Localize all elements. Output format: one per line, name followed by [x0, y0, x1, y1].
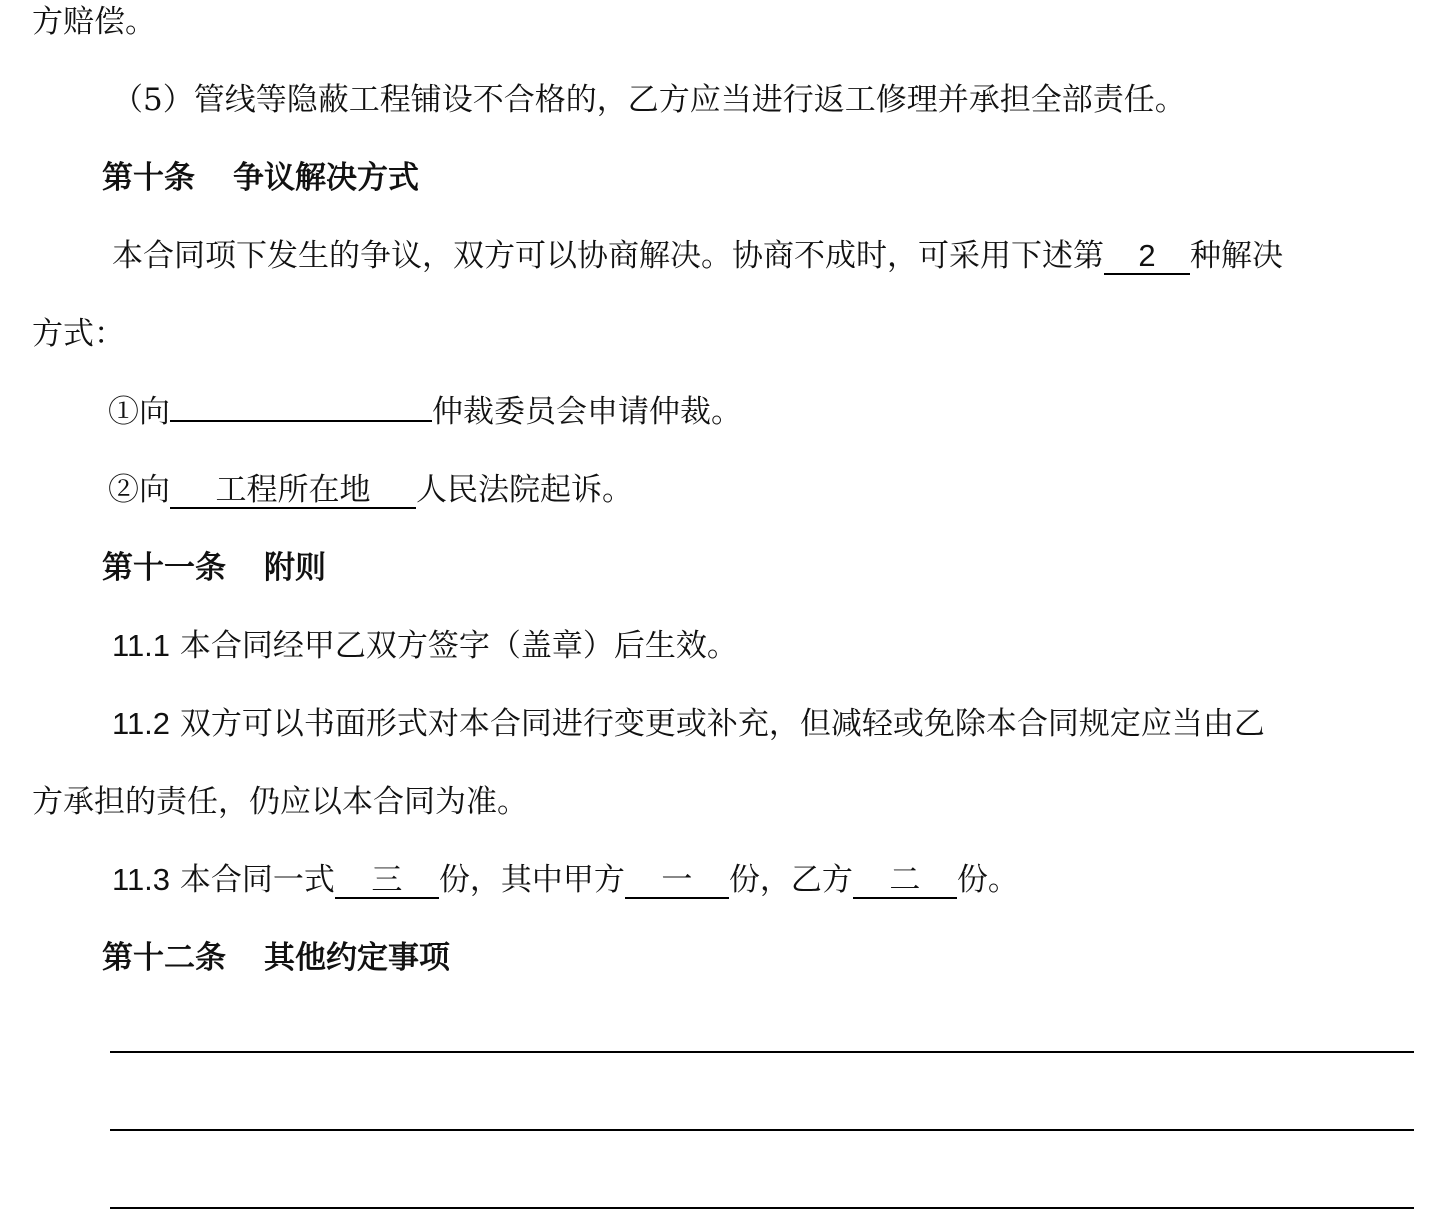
- article-10-heading: 第十条争议解决方式: [102, 158, 419, 198]
- article-number: 第十二条: [102, 940, 226, 976]
- clause-item-5: （5）管线等隐蔽工程铺设不合格的，乙方应当进行返工修理并承担全部责任。: [112, 80, 1186, 120]
- text: 份，乙方: [729, 862, 853, 898]
- text: 双方可以书面形式对本合同进行变更或补充，但减轻或免除本合同规定应当由乙: [180, 706, 1265, 742]
- text: 方式：: [32, 316, 125, 352]
- text: 方赔偿。: [32, 4, 156, 40]
- text: 本合同经甲乙双方签字（盖章）后生效。: [180, 628, 738, 664]
- article-title: 其他约定事项: [264, 940, 450, 976]
- text: 本合同项下发生的争议，双方可以协商解决。协商不成时，可采用下述第: [112, 238, 1104, 274]
- article-title: 附则: [264, 550, 326, 586]
- article-12-heading: 第十二条其他约定事项: [102, 938, 450, 978]
- clause-number: 11.1: [112, 628, 170, 663]
- article-10-paragraph: 本合同项下发生的争议，双方可以协商解决。协商不成时，可采用下述第2种解决: [112, 236, 1283, 276]
- text: 本合同一式: [180, 862, 335, 898]
- article-number: 第十一条: [102, 550, 226, 586]
- article-title: 争议解决方式: [233, 160, 419, 196]
- text: ②向: [108, 472, 170, 508]
- clause-11-2: 11.2 双方可以书面形式对本合同进行变更或补充，但减轻或免除本合同规定应当由乙: [112, 704, 1265, 744]
- previous-paragraph-tail: 方赔偿。: [32, 2, 156, 42]
- arbitration-commission-field[interactable]: [170, 420, 432, 422]
- other-terms-blank-line-3[interactable]: [110, 1207, 1414, 1209]
- text: （5）管线等隐蔽工程铺设不合格的，乙方应当进行返工修理并承担全部责任。: [112, 82, 1186, 118]
- article-11-heading: 第十一条附则: [102, 548, 326, 588]
- total-copies-field[interactable]: 三: [335, 863, 439, 899]
- article-number: 第十条: [102, 160, 195, 196]
- court-location-field[interactable]: 工程所在地: [170, 473, 416, 509]
- clause-number: 11.3: [112, 862, 170, 897]
- dispute-option-court: ②向工程所在地人民法院起诉。: [108, 470, 633, 510]
- text: 份。: [957, 862, 1019, 898]
- party-a-copies-field[interactable]: 一: [625, 863, 729, 899]
- dispute-method-choice-field[interactable]: 2: [1104, 239, 1190, 275]
- text: 仲裁委员会申请仲裁。: [432, 394, 742, 430]
- clause-11-2-continued: 方承担的责任，仍应以本合同为准。: [32, 782, 528, 822]
- clause-number: 11.2: [112, 706, 170, 741]
- text: 人民法院起诉。: [416, 472, 633, 508]
- dispute-option-arbitration: ①向仲裁委员会申请仲裁。: [108, 392, 742, 432]
- text: 份，其中甲方: [439, 862, 625, 898]
- text: 方承担的责任，仍应以本合同为准。: [32, 784, 528, 820]
- clause-11-1: 11.1 本合同经甲乙双方签字（盖章）后生效。: [112, 626, 738, 666]
- text: 种解决: [1190, 238, 1283, 274]
- article-10-paragraph-continued: 方式：: [32, 314, 125, 354]
- other-terms-blank-line-1[interactable]: [110, 1051, 1414, 1053]
- clause-11-3: 11.3 本合同一式三份，其中甲方一份，乙方二份。: [112, 860, 1019, 900]
- party-b-copies-field[interactable]: 二: [853, 863, 957, 899]
- text: ①向: [108, 394, 170, 430]
- other-terms-blank-line-2[interactable]: [110, 1129, 1414, 1131]
